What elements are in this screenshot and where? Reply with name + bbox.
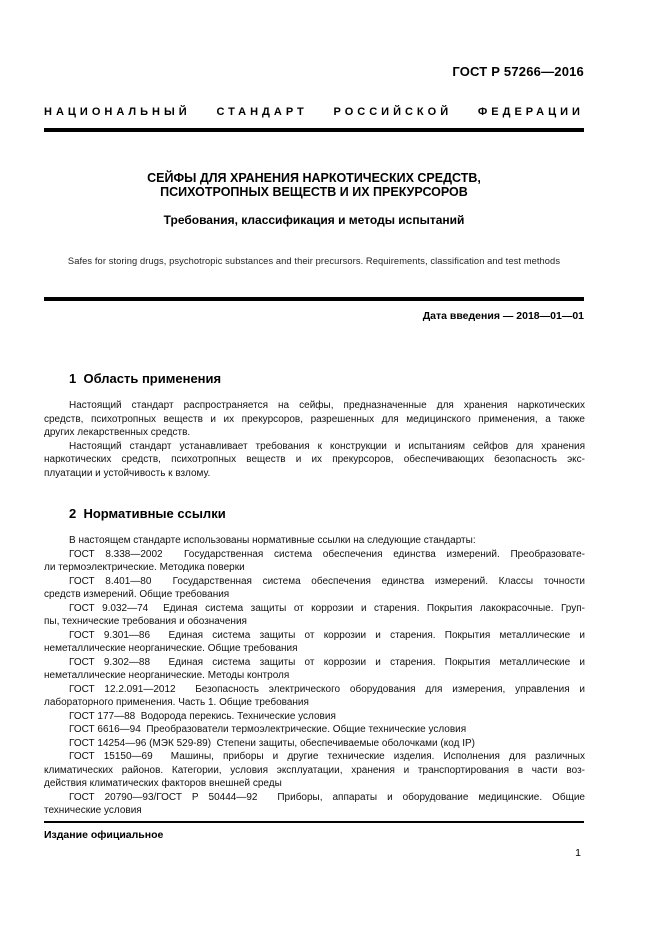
banner-word: НАЦИОНАЛЬНЫЙ: [44, 106, 191, 118]
text-line: ГОСТ 12.2.091—2012 Безопасность электрич…: [44, 683, 585, 697]
official-edition-label: Издание официальное: [44, 829, 163, 841]
text-line: пы, технические требования и обозначения: [44, 615, 585, 629]
text-line: ГОСТ 177—88 Водорода перекись. Техническ…: [44, 710, 585, 724]
header-rule: [44, 128, 584, 132]
document-title-english: Safes for storing drugs, psychotropic su…: [44, 256, 584, 266]
text-line: ГОСТ 6616—94 Преобразователи термоэлектр…: [44, 723, 585, 737]
document-page: ГОСТ Р 57266—2016 НАЦИОНАЛЬНЫЙ СТАНДАРТ …: [0, 0, 661, 936]
banner-word: СТАНДАРТ: [216, 106, 307, 118]
text-line: Настоящий стандарт устанавливает требова…: [44, 440, 585, 454]
text-line: действия климатических факторов внешней …: [44, 777, 585, 791]
introduction-date: Дата введения — 2018—01—01: [44, 310, 584, 322]
title-rule: [44, 297, 584, 301]
text-line: Настоящий стандарт распространяется на с…: [44, 399, 585, 413]
title-line-1: СЕЙФЫ ДЛЯ ХРАНЕНИЯ НАРКОТИЧЕСКИХ СРЕДСТВ…: [44, 172, 584, 186]
banner-word: ФЕДЕРАЦИИ: [478, 106, 584, 118]
document-title: СЕЙФЫ ДЛЯ ХРАНЕНИЯ НАРКОТИЧЕСКИХ СРЕДСТВ…: [44, 172, 584, 199]
section-heading: 2 Нормативные ссылки: [44, 506, 585, 522]
section-1: 1 Область примененияНастоящий стандарт р…: [44, 371, 585, 480]
text-line: других лекарственных средств.: [44, 426, 585, 440]
doc-code: ГОСТ Р 57266—2016: [44, 64, 584, 79]
text-line: климатических районов. Категории, услови…: [44, 764, 585, 778]
text-line: ГОСТ 9.301—86 Единая система защиты от к…: [44, 629, 585, 643]
document-subtitle: Требования, классификация и методы испыт…: [44, 213, 584, 227]
national-standard-banner: НАЦИОНАЛЬНЫЙ СТАНДАРТ РОССИЙСКОЙ ФЕДЕРАЦ…: [44, 106, 584, 118]
text-line: ли термоэлектрические. Методика поверки: [44, 561, 585, 575]
text-line: плуатации и устойчивость к взлому.: [44, 467, 585, 481]
text-line: ГОСТ 14254—96 (МЭК 529-89) Степени защит…: [44, 737, 585, 751]
text-line: В настоящем стандарте использованы норма…: [44, 534, 585, 548]
footer-rule: [44, 821, 584, 823]
text-line: технические условия: [44, 804, 585, 818]
text-line: неметаллические неорганические. Методы к…: [44, 669, 585, 683]
text-line: ГОСТ 15150—69 Машины, приборы и другие т…: [44, 750, 585, 764]
text-line: ГОСТ 9.302—88 Единая система защиты от к…: [44, 656, 585, 670]
section-heading: 1 Область применения: [44, 371, 585, 387]
text-line: неметаллические неорганические. Общие тр…: [44, 642, 585, 656]
page-number: 1: [44, 847, 581, 859]
text-line: средств измерений. Общие требования: [44, 588, 585, 602]
sections-container: 1 Область примененияНастоящий стандарт р…: [44, 371, 585, 818]
text-line: ГОСТ 8.338—2002 Государственная система …: [44, 548, 585, 562]
title-line-2: ПСИХОТРОПНЫХ ВЕЩЕСТВ И ИХ ПРЕКУРСОРОВ: [44, 186, 584, 200]
text-line: ГОСТ 8.401—80 Государственная система об…: [44, 575, 585, 589]
text-line: лабораторного применения. Часть 1. Общие…: [44, 696, 585, 710]
text-line: средств, психотропных веществ и их преку…: [44, 413, 585, 427]
text-line: наркотических средств, психотропных веще…: [44, 453, 585, 467]
text-line: ГОСТ 20790—93/ГОСТ Р 50444—92 Приборы, а…: [44, 791, 585, 805]
section-2: 2 Нормативные ссылкиВ настоящем стандарт…: [44, 506, 585, 818]
text-line: ГОСТ 9.032—74 Единая система защиты от к…: [44, 602, 585, 616]
banner-word: РОССИЙСКОЙ: [334, 106, 453, 118]
